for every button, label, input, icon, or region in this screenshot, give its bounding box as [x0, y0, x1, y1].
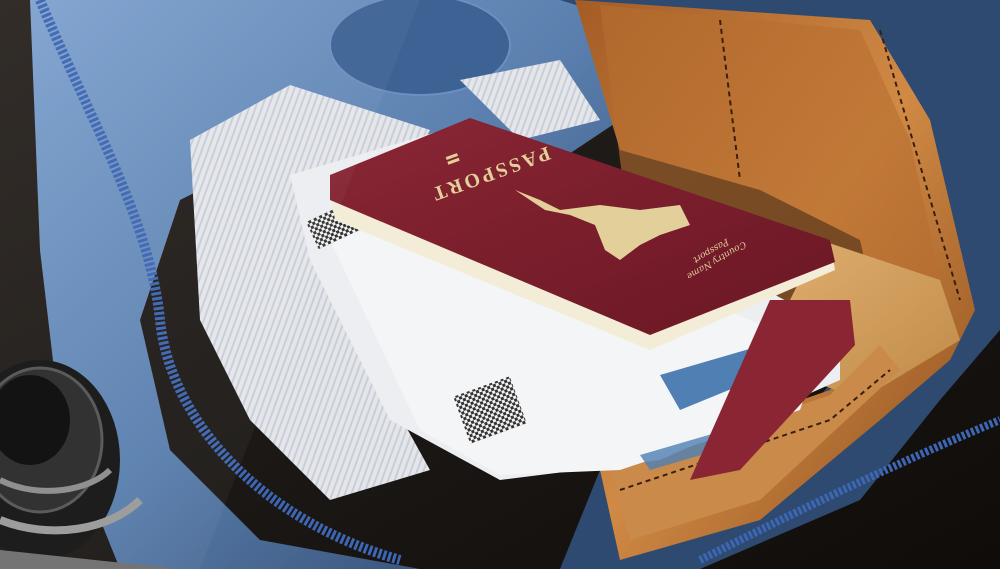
photo-scene: PASSPORT Country Name Passport — [0, 0, 1000, 569]
photo-illustration: PASSPORT Country Name Passport — [0, 0, 1000, 569]
